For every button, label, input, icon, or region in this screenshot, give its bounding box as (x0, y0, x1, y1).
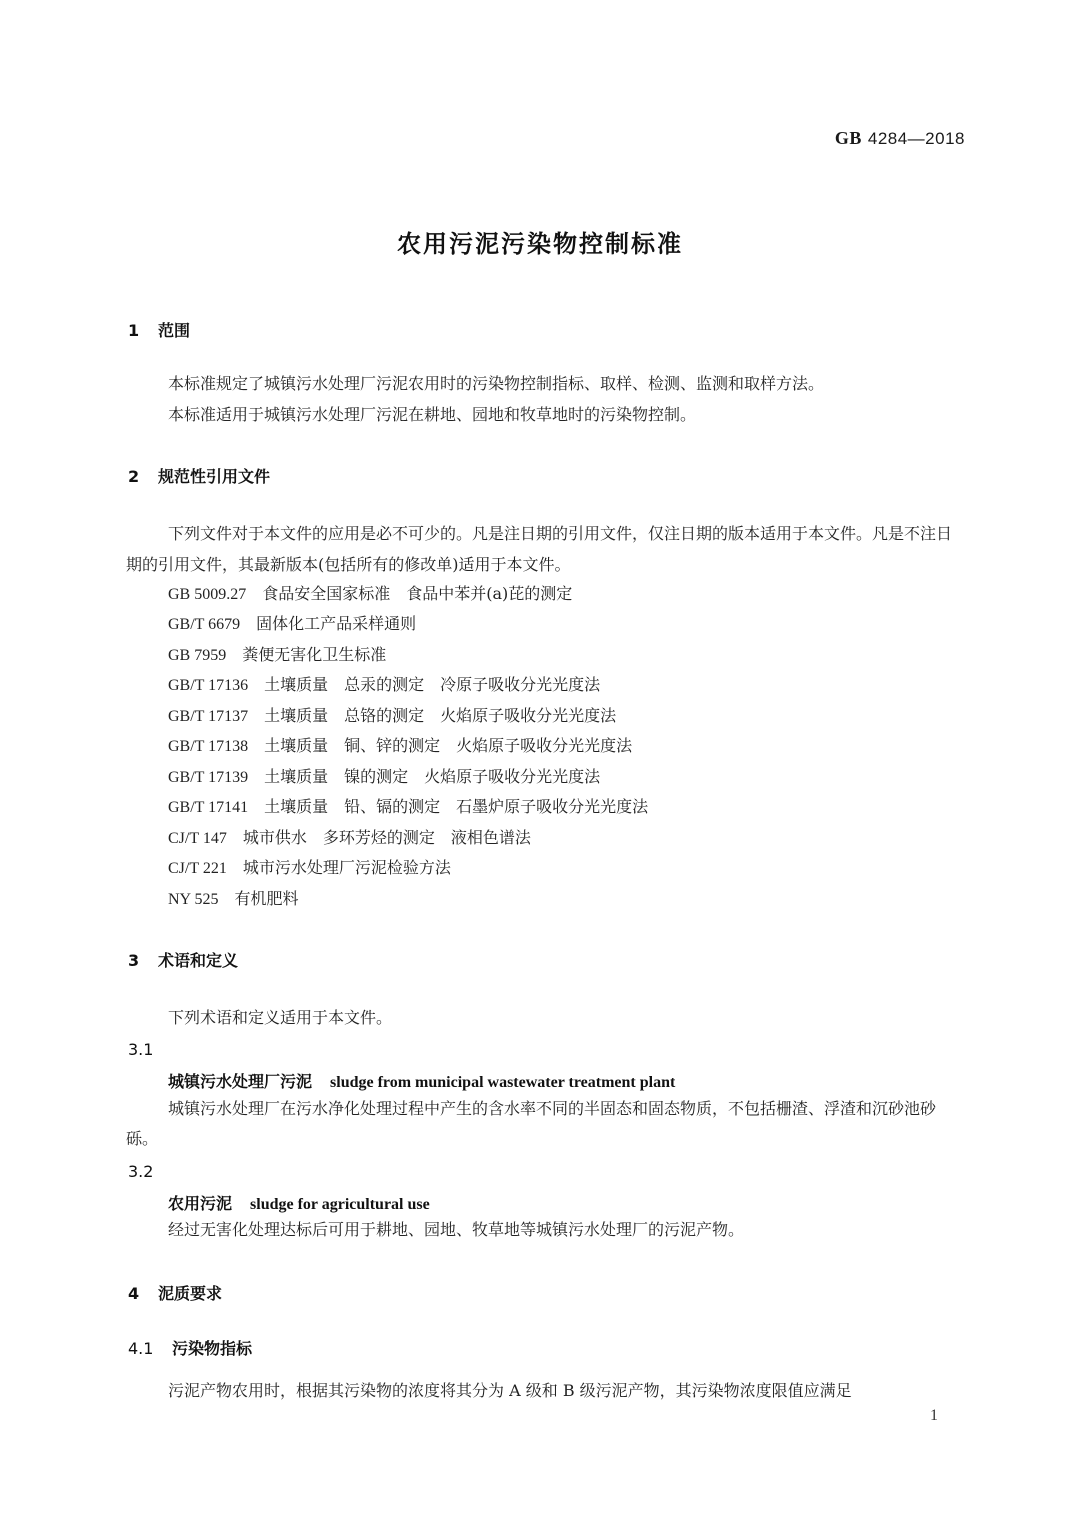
document-title: 农用污泥污染物控制标准 (0, 224, 1080, 259)
section-1-heading: 1范围 (128, 318, 190, 341)
reference-item: GB 7959 粪便无害化卫生标准 (168, 640, 386, 671)
standard-number: 4284—2018 (868, 129, 965, 148)
reference-item: NY 525 有机肥料 (168, 884, 299, 915)
standard-prefix: GB (835, 128, 862, 148)
term-3-2: 农用污泥sludge for agricultural use (168, 1191, 430, 1214)
clause-3-1-number: 3.1 (128, 1040, 153, 1059)
term-3-2-definition: 经过无害化处理达标后可用于耕地、园地、牧草地等城镇污水处理厂的污泥产物。 (126, 1215, 966, 1245)
section-2-intro: 下列文件对于本文件的应用是必不可少的。凡是注日期的引用文件，仅注日期的版本适用于… (126, 518, 966, 580)
reference-item: GB 5009.27 食品安全国家标准 食品中苯并(a)芘的测定 (168, 579, 572, 610)
reference-item: GB/T 17136 土壤质量 总汞的测定 冷原子吸收分光光度法 (168, 670, 600, 701)
reference-item: GB/T 17138 土壤质量 铜、锌的测定 火焰原子吸收分光光度法 (168, 731, 632, 762)
reference-item: GB/T 17141 土壤质量 铅、镉的测定 石墨炉原子吸收分光光度法 (168, 792, 648, 823)
section-4-heading: 4泥质要求 (128, 1281, 222, 1304)
section-2-heading: 2规范性引用文件 (128, 464, 270, 487)
section-1-para-2: 本标准适用于城镇污水处理厂污泥在耕地、园地和牧草地时的污染物控制。 (126, 400, 966, 430)
reference-item: GB/T 17139 土壤质量 镍的测定 火焰原子吸收分光光度法 (168, 762, 600, 793)
clause-3-2-number: 3.2 (128, 1162, 153, 1181)
reference-item: CJ/T 221 城市污水处理厂污泥检验方法 (168, 853, 451, 884)
section-3-intro: 下列术语和定义适用于本文件。 (126, 1003, 966, 1033)
reference-item: GB/T 17137 土壤质量 总铬的测定 火焰原子吸收分光光度法 (168, 701, 616, 732)
reference-item: GB/T 6679 固体化工产品采样通则 (168, 609, 416, 640)
section-1-para-1: 本标准规定了城镇污水处理厂污泥农用时的污染物控制指标、取样、检测、监测和取样方法… (126, 369, 966, 399)
standard-code: GB4284—2018 (835, 128, 965, 149)
page-number: 1 (930, 1407, 938, 1425)
term-3-1: 城镇污水处理厂污泥sludge from municipal wastewate… (168, 1069, 675, 1092)
term-3-1-definition: 城镇污水处理厂在污水净化处理过程中产生的含水率不同的半固态和固态物质，不包括栅渣… (126, 1094, 966, 1154)
section-4-1-heading: 4.1污染物指标 (128, 1336, 252, 1359)
section-4-1-para: 污泥产物农用时，根据其污染物的浓度将其分为 A 级和 B 级污泥产物，其污染物浓… (126, 1376, 966, 1406)
section-3-heading: 3术语和定义 (128, 948, 238, 971)
reference-item: CJ/T 147 城市供水 多环芳烃的测定 液相色谱法 (168, 823, 531, 854)
